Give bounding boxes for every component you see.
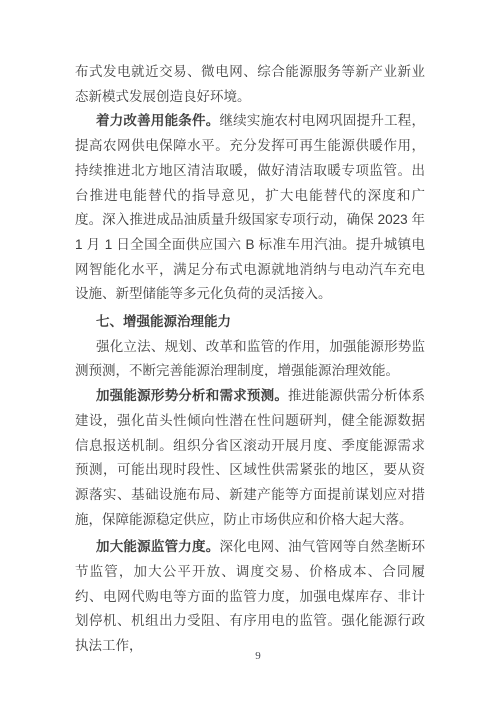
paragraph-lead: 加强能源形势分析和需求预测。	[96, 388, 288, 403]
paragraph-text: 深化电网、油气管网等自然垄断环节监管，加大公平开放、调度交易、价格成本、合同履约…	[75, 539, 425, 653]
paragraph-text: 布式发电就近交易、微电网、综合能源服务等新产业新业态新模式发展创造良好环境。	[75, 64, 425, 104]
paragraph-text: 继续实施农村电网巩固提升工程，提高农网供电保障水平。充分发挥可再生能源供暖作用，…	[75, 113, 425, 301]
paragraph-lead: 加大能源监管力度。	[96, 539, 219, 554]
paragraph-demand-forecast: 加强能源形势分析和需求预测。推进能源供需分析体系建设，强化苗头性倾向性潜在性问题…	[75, 384, 425, 532]
page-number: 9	[0, 650, 500, 662]
text-block: 布式发电就近交易、微电网、综合能源服务等新产业新业态新模式发展创造良好环境。 着…	[75, 60, 425, 659]
paragraph-supervision: 加大能源监管力度。深化电网、油气管网等自然垄断环节监管，加大公平开放、调度交易、…	[75, 535, 425, 659]
document-page: 布式发电就近交易、微电网、综合能源服务等新产业新业态新模式发展创造良好环境。 着…	[0, 0, 500, 707]
page-number-text: 9	[255, 650, 261, 662]
paragraph-text: 强化立法、规划、改革和监管的作用，加强能源形势监测预测，不断完善能源治理制度，增…	[75, 339, 425, 379]
paragraph-lead: 着力改善用能条件。	[96, 113, 219, 128]
section-heading-text: 七、增强能源治理能力	[96, 314, 231, 329]
paragraph-text: 推进能源供需分析体系建设，强化苗头性倾向性潜在性问题研判，健全能源数据信息报送机…	[75, 388, 425, 527]
section-heading: 七、增强能源治理能力	[75, 310, 425, 335]
paragraph-continuation: 布式发电就近交易、微电网、综合能源服务等新产业新业态新模式发展创造良好环境。	[75, 60, 425, 109]
paragraph-energy-use-conditions: 着力改善用能条件。继续实施农村电网巩固提升工程，提高农网供电保障水平。充分发挥可…	[75, 109, 425, 307]
paragraph-governance-intro: 强化立法、规划、改革和监管的作用，加强能源形势监测预测，不断完善能源治理制度，增…	[75, 335, 425, 384]
